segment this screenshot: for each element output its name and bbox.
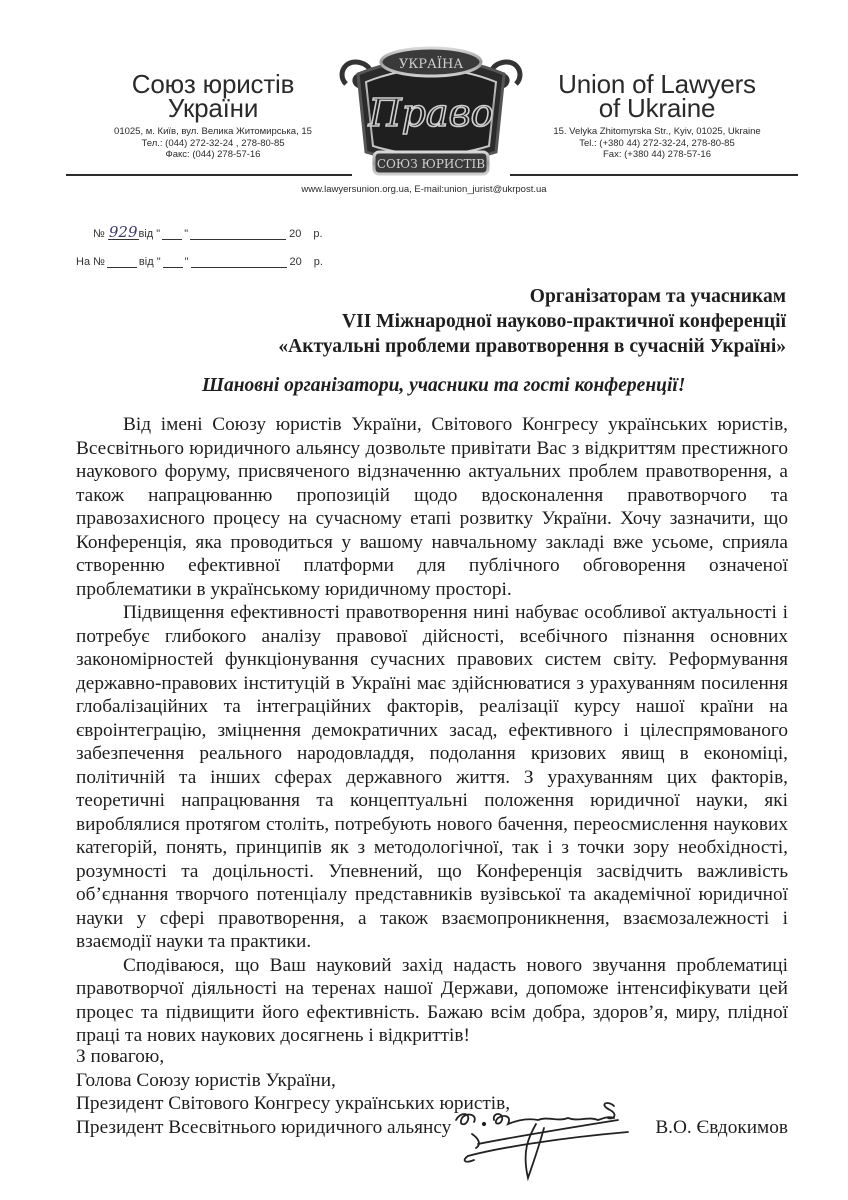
letterhead-ukrainian: Союз юристів України 01025, м. Київ, вул… bbox=[78, 72, 348, 161]
number-blank bbox=[107, 257, 137, 268]
salutation: Шановні організатори, учасники та гості … bbox=[202, 375, 685, 397]
reg-no-label: На № bbox=[76, 256, 105, 268]
day-blank bbox=[163, 257, 183, 268]
year-prefix: 20 bbox=[289, 228, 301, 240]
quote-open: " bbox=[157, 256, 161, 268]
org-web-email: www.lawyersunion.org.ua, E-mail:union_ju… bbox=[0, 184, 848, 195]
addressee-line2: VII Міжнародної науково-практичної конфе… bbox=[278, 309, 786, 334]
org-phone-en: Tel.: (+380 44) 272-32-24, 278-80-85 bbox=[522, 138, 792, 150]
body-paragraph-2: Підвищення ефективності правотворення ни… bbox=[76, 601, 788, 954]
year-suffix: р. bbox=[313, 228, 322, 240]
letterhead-english: Union of Lawyers of Ukraine 15. Velyka Z… bbox=[522, 72, 792, 161]
year-suffix: р. bbox=[314, 256, 323, 268]
signatory-title-3: Президент Всесвітнього юридичного альянс… bbox=[76, 1116, 451, 1140]
letterhead-divider-right bbox=[510, 174, 798, 176]
reg-no-label: № bbox=[93, 228, 105, 240]
org-phone-ua: Тел.: (044) 272-32-24 , 278-80-85 bbox=[78, 138, 348, 150]
incoming-reg-line: На № від " " 20 р. bbox=[76, 256, 323, 268]
closing-regards: З повагою, bbox=[76, 1045, 788, 1069]
reg-from-label: від bbox=[139, 256, 154, 268]
letter-page: Союз юристів України 01025, м. Київ, вул… bbox=[0, 0, 848, 1200]
reg-number-handwritten: 929 bbox=[108, 226, 139, 240]
body-paragraph-3: Сподіваюся, що Ваш науковий захід надаст… bbox=[76, 954, 788, 1048]
emblem-center-text: Право bbox=[367, 91, 493, 135]
org-name-ua-line2: України bbox=[78, 96, 348, 120]
letter-body: Від імені Союзу юристів України, Світово… bbox=[76, 413, 788, 1048]
handwritten-signature bbox=[448, 1098, 688, 1188]
org-fax-en: Fax: (+380 44) 278-57-16 bbox=[522, 149, 792, 161]
addressee-line3: «Актуальні проблеми правотворення в суча… bbox=[278, 334, 786, 359]
quote-close: " bbox=[184, 228, 188, 240]
pravo-emblem-logo: УКРАЇНА Право СОЮЗ ЮРИСТІВ bbox=[336, 44, 526, 180]
day-blank bbox=[162, 229, 182, 240]
closing-block: З повагою, Голова Союзу юристів України,… bbox=[76, 1045, 788, 1139]
addressee-line1: Організаторам та учасникам bbox=[278, 284, 786, 309]
emblem-top-text: УКРАЇНА bbox=[399, 55, 464, 72]
org-address-ua: 01025, м. Київ, вул. Велика Житомирська,… bbox=[78, 126, 348, 138]
signatory-name: В.О. Євдокимов bbox=[655, 1116, 788, 1140]
year-prefix: 20 bbox=[290, 256, 302, 268]
quote-close: " bbox=[185, 256, 189, 268]
addressee-block: Організаторам та учасникам VII Міжнародн… bbox=[278, 284, 786, 359]
month-blank bbox=[190, 229, 286, 240]
org-address-en: 15. Velyka Zhitomyrska Str., Kyiv, 01025… bbox=[522, 126, 792, 138]
month-blank bbox=[191, 257, 287, 268]
letterhead-divider-left bbox=[66, 174, 352, 176]
quote-open: " bbox=[156, 228, 160, 240]
outgoing-reg-line: № 929 від " " 20 р. bbox=[93, 226, 323, 240]
reg-from-label: від bbox=[139, 228, 154, 240]
emblem-bottom-text: СОЮЗ ЮРИСТІВ bbox=[377, 157, 485, 171]
org-fax-ua: Факс: (044) 278-57-16 bbox=[78, 149, 348, 161]
org-name-en-line2: of Ukraine bbox=[522, 96, 792, 120]
signatory-title-1: Голова Союзу юристів України, bbox=[76, 1069, 788, 1093]
body-paragraph-1: Від імені Союзу юристів України, Світово… bbox=[76, 413, 788, 601]
